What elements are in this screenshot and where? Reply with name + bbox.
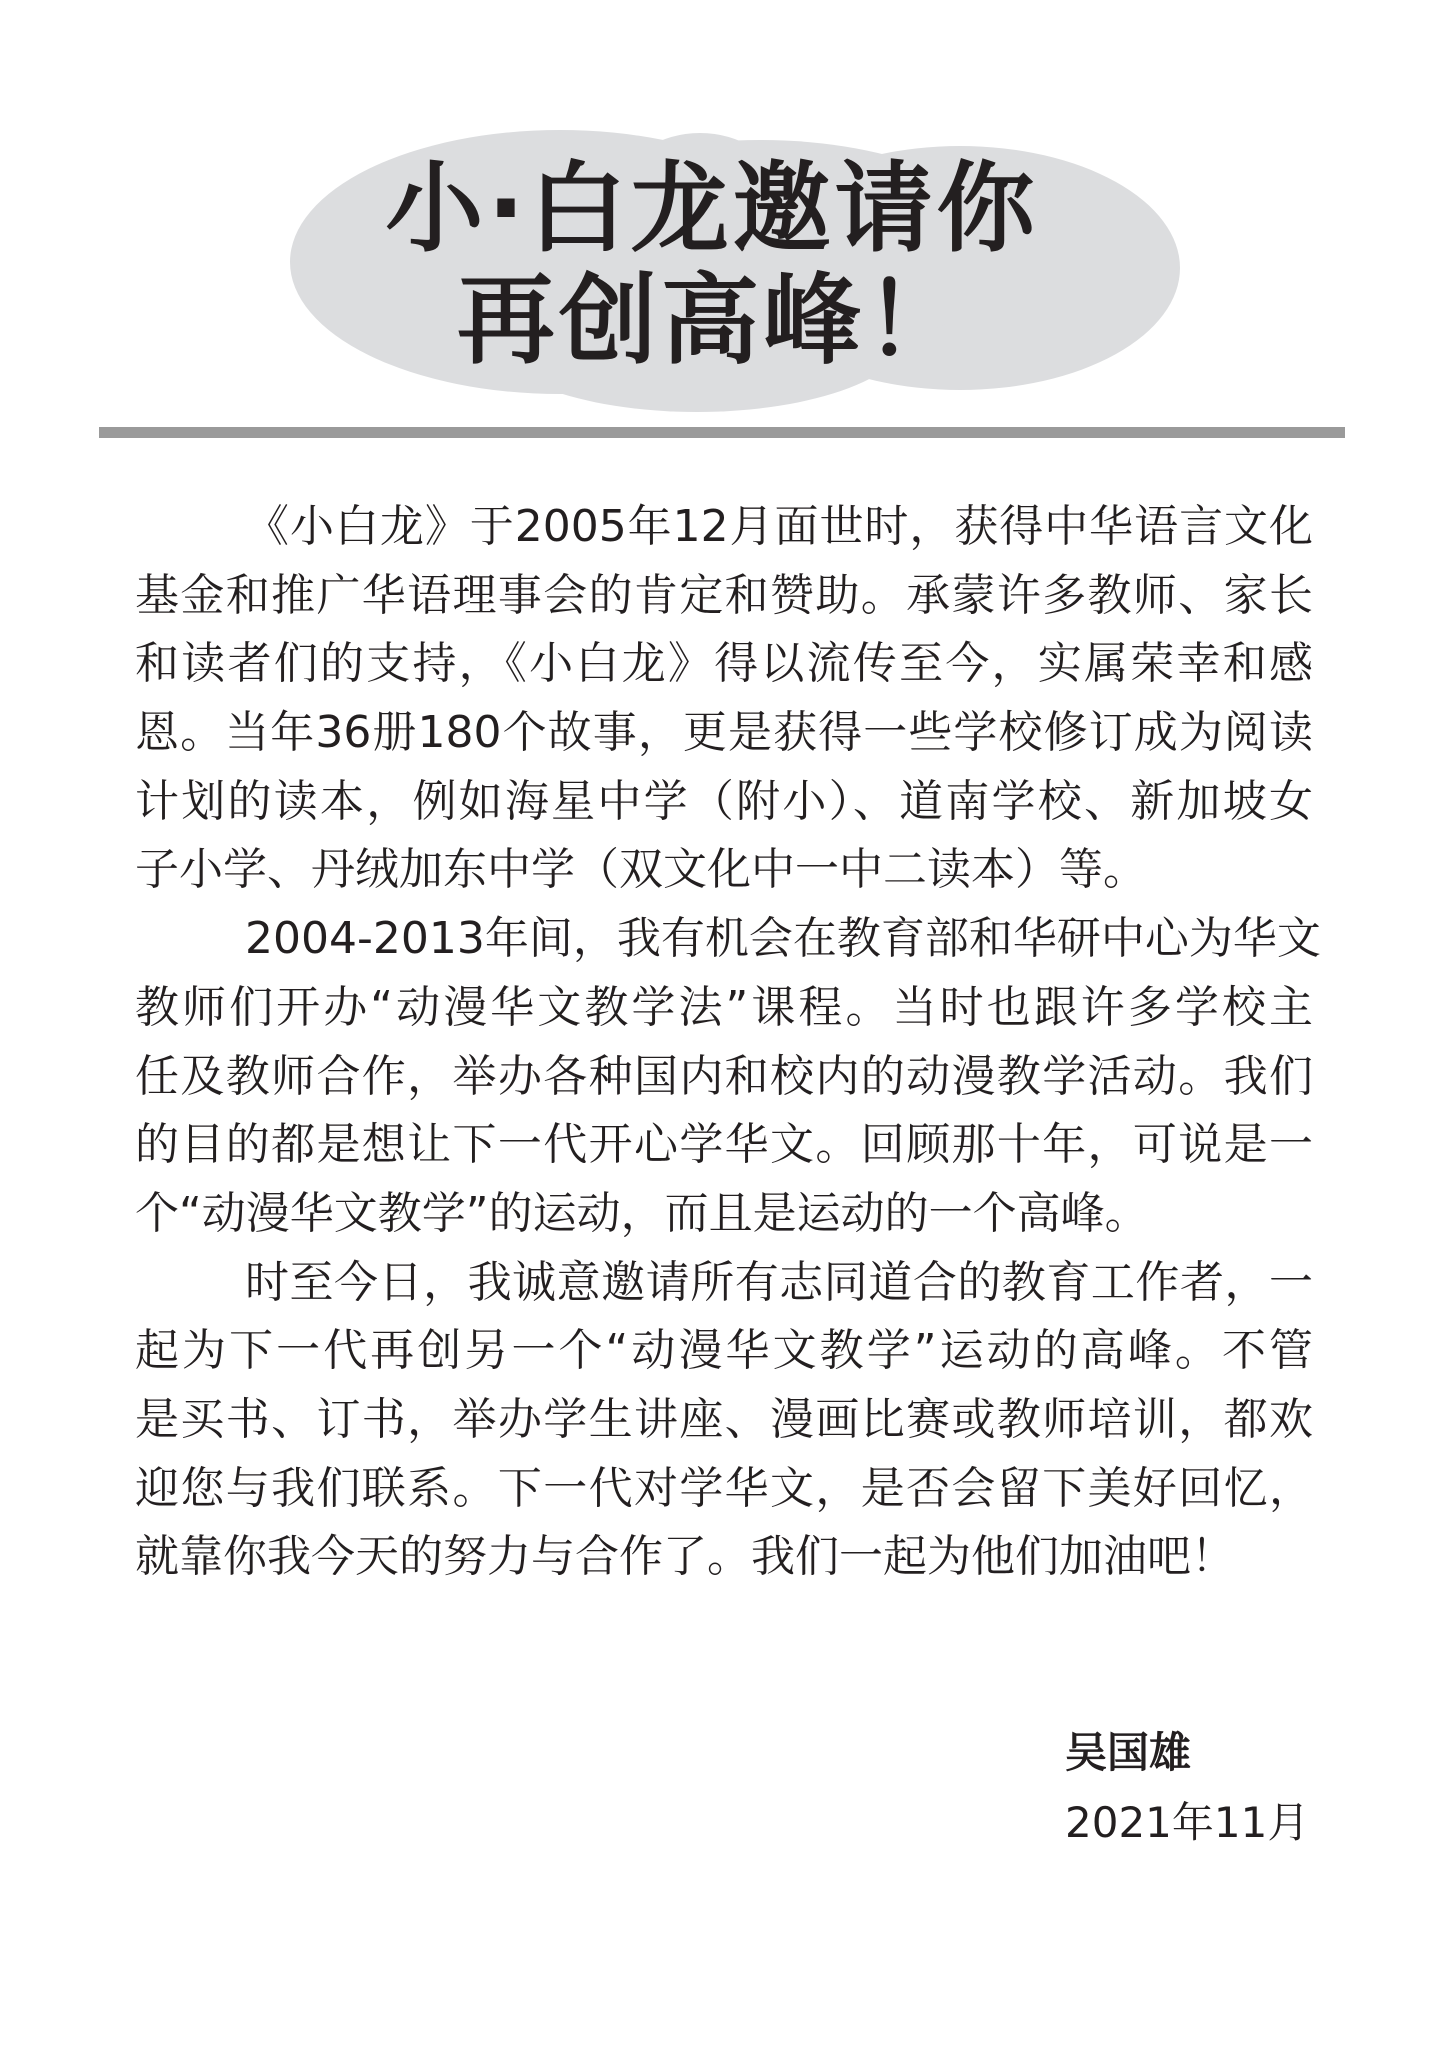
paragraph-1-line-2: 基金和推广华语理事会的肯定和赞助。承蒙许多教师、家长 [135,562,1313,631]
paragraph-2-line-5: 个“动漫华文教学”的运动，而且是运动的一个高峰。 [135,1180,1313,1249]
paragraph-1-line-3: 和读者们的支持，《小白龙》得以流传至今，实属荣幸和感 [135,630,1313,699]
page-title-line-1: 小·白龙邀请你 [0,150,1434,268]
paragraph-2-line-3: 任及教师合作，举办各种国内和校内的动漫教学活动。我们 [135,1043,1313,1112]
paragraph-1-line-4: 恩。当年36册180个故事，更是获得一些学校修订成为阅读 [135,699,1313,768]
page-title-line-2: 再创高峰！ [0,262,1434,380]
paragraph-2-line-1: 2004-2013年间，我有机会在教育部和华研中心为华文 [135,905,1313,974]
paragraph-3-line-2: 起为下一代再创另一个“动漫华文教学”运动的高峰。不管 [135,1317,1313,1386]
paragraph-3-line-5: 就靠你我今天的努力与合作了。我们一起为他们加油吧！ [135,1523,1313,1592]
header-divider [99,427,1345,438]
signature-date: 2021年11月 [1065,1798,1309,1848]
paragraph-1-line-1: 《小白龙》于2005年12月面世时，获得中华语言文化 [135,493,1313,562]
paragraph-2-line-4: 的目的都是想让下一代开心学华文。回顾那十年，可说是一 [135,1111,1313,1180]
signature-name: 吴国雄 [1065,1728,1191,1778]
paragraph-3-line-3: 是买书、订书，举办学生讲座、漫画比赛或教师培训，都欢 [135,1386,1313,1455]
paragraph-3-line-1: 时至今日，我诚意邀请所有志同道合的教育工作者，一 [135,1249,1313,1318]
paragraph-1-line-5: 计划的读本，例如海星中学（附小）、道南学校、新加坡女 [135,768,1313,837]
paragraph-3-line-4: 迎您与我们联系。下一代对学华文，是否会留下美好回忆， [135,1455,1313,1524]
paragraph-1-line-6: 子小学、丹绒加东中学（双文化中一中二读本）等。 [135,836,1313,905]
letter-body: 《小白龙》于2005年12月面世时，获得中华语言文化 基金和推广华语理事会的肯定… [135,493,1313,1592]
paragraph-2-line-2: 教师们开办“动漫华文教学法”课程。当时也跟许多学校主 [135,974,1313,1043]
